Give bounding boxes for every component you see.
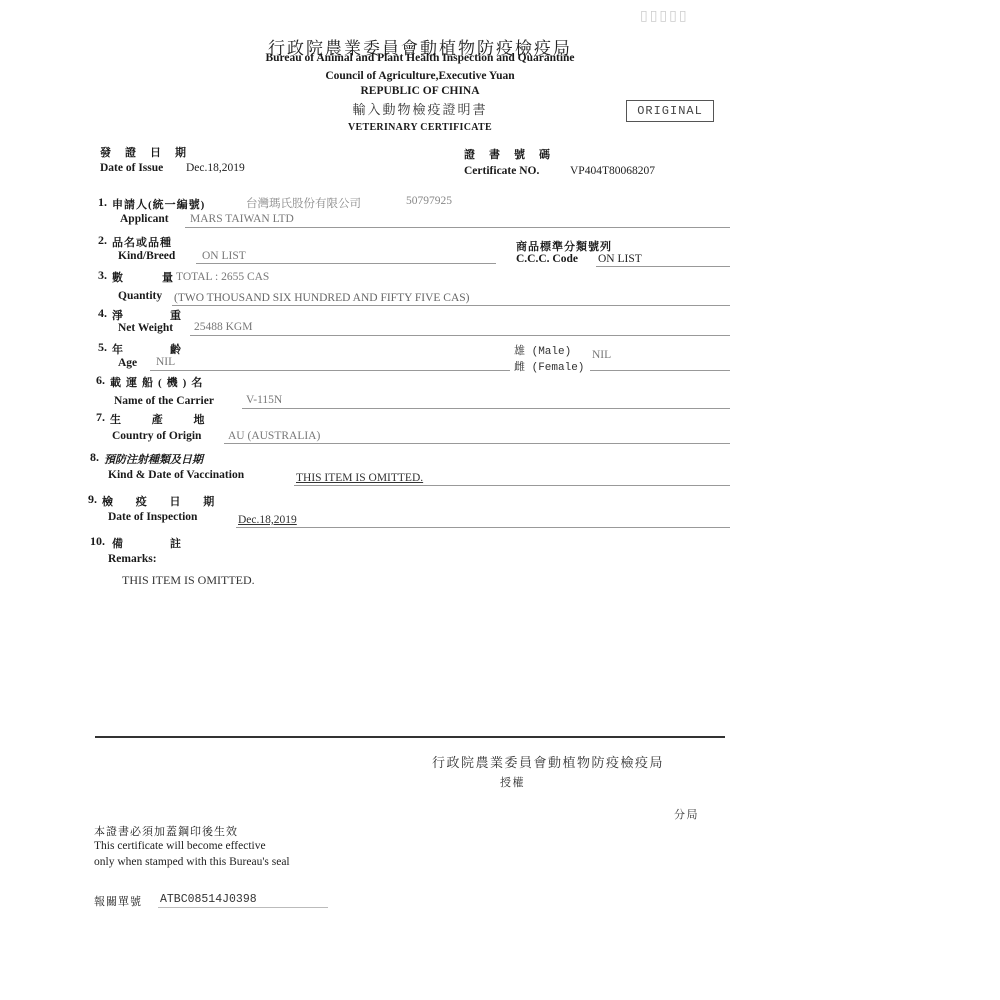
origin-label: Country of Origin (112, 430, 201, 442)
underline (294, 485, 730, 486)
issue-date-value: Dec.18,2019 (186, 162, 245, 174)
remarks-label: Remarks: (108, 553, 157, 565)
issue-date-label: Date of Issue (100, 162, 163, 174)
female-label: 雌 (Female) (514, 358, 584, 374)
item-number: 6. (96, 373, 105, 388)
applicant-value: MARS TAIWAN LTD (190, 213, 294, 225)
item-number: 1. (98, 195, 107, 210)
authorized-zh: 授權 (500, 774, 525, 790)
document-title-en: VETERINARY CERTIFICATE (0, 122, 840, 133)
remarks-label-zh: 備 註 (112, 535, 199, 551)
country-title: REPUBLIC OF CHINA (0, 85, 840, 97)
ccc-value: ON LIST (598, 253, 642, 265)
council-title: Council of Agriculture,Executive Yuan (0, 70, 840, 82)
age-value: NIL (156, 356, 175, 368)
item-number: 10. (90, 534, 105, 549)
underline (150, 370, 510, 371)
authority-zh: 行政院農業委員會動植物防疫檢疫局 (432, 752, 664, 771)
net-weight-value: 25488 KGM (194, 321, 252, 333)
certificate-no-label-zh: 證書號碼 (464, 146, 564, 162)
origin-value: AU (AUSTRALIA) (228, 430, 320, 442)
item-number: 8. (90, 450, 99, 465)
underline (185, 227, 730, 228)
underline (158, 907, 328, 908)
underline (590, 370, 730, 371)
underline (196, 263, 496, 264)
origin-label-zh: 生 產 地 (110, 411, 219, 427)
validity-note-line1: This certificate will become effective (94, 840, 266, 852)
item-number: 7. (96, 410, 105, 425)
underline (224, 443, 730, 444)
validity-note-zh: 本證書必須加蓋鋼印後生效 (94, 823, 238, 839)
age-label: Age (118, 357, 137, 369)
validity-note-line2: only when stamped with this Bureau's sea… (94, 856, 290, 868)
underline (242, 408, 730, 409)
quantity-label: Quantity (118, 290, 162, 302)
quantity-value: (TWO THOUSAND SIX HUNDRED AND FIFTY FIVE… (174, 292, 470, 304)
carrier-label-zh: 載運船(機)名 (110, 374, 207, 390)
quantity-total: TOTAL : 2655 CAS (176, 271, 269, 283)
sex-value: NIL (592, 349, 611, 361)
net-weight-label-zh: 淨 重 (112, 307, 199, 323)
net-weight-label: Net Weight (118, 322, 173, 334)
item-number: 3. (98, 268, 107, 283)
inspection-value: Dec.18,2019 (238, 514, 297, 526)
underline (236, 527, 730, 528)
customs-label-zh: 報關單號 (94, 893, 142, 909)
carrier-value: V-115N (246, 394, 282, 406)
applicant-label-zh: 申請人(統一編號) (112, 196, 205, 212)
applicant-label: Applicant (120, 213, 169, 225)
issue-date-label-zh: 發證日期 (100, 144, 200, 160)
vaccination-label: Kind & Date of Vaccination (108, 469, 244, 481)
ccc-label-zh: 商品標準分類號列 (516, 238, 612, 254)
remarks-value: THIS ITEM IS OMITTED. (122, 573, 255, 588)
certificate-no-value: VP404T80068207 (570, 165, 655, 177)
underline (190, 335, 730, 336)
applicant-value-zh: 台灣瑪氏股份有限公司 (246, 195, 361, 211)
item-number: 4. (98, 306, 107, 321)
item-number: 5. (98, 340, 107, 355)
certificate-no-label: Certificate NO. (464, 165, 539, 177)
applicant-id: 50797925 (406, 195, 452, 207)
branch-zh: 分局 (674, 806, 699, 822)
vaccination-value: THIS ITEM IS OMITTED. (296, 472, 423, 484)
customs-number: ATBC08514J0398 (160, 893, 257, 906)
underline (172, 305, 730, 306)
kind-label-zh: 品名或品種 (112, 234, 172, 250)
ccc-label: C.C.C. Code (516, 253, 578, 265)
agency-title-en: Bureau of Animal and Plant Health Inspec… (0, 52, 840, 64)
inspection-label: Date of Inspection (108, 511, 197, 523)
carrier-label: Name of the Carrier (114, 395, 214, 407)
document-title-zh: 輸入動物檢疫證明書 (0, 99, 840, 118)
inspection-label-zh: 檢 疫 日 期 (102, 493, 224, 509)
kind-label: Kind/Breed (118, 250, 175, 262)
original-stamp: ORIGINAL (626, 100, 714, 122)
kind-value: ON LIST (202, 250, 246, 262)
faint-mark: ▯▯▯▯▯ (640, 8, 689, 25)
item-number: 2. (98, 233, 107, 248)
male-label: 雄 (Male) (514, 342, 571, 358)
age-label-zh: 年 齡 (112, 341, 199, 357)
vaccination-label-zh: 預防注射種類及日期 (104, 451, 203, 467)
item-number: 9. (88, 492, 97, 507)
underline (596, 266, 730, 267)
signature-divider (95, 736, 725, 738)
